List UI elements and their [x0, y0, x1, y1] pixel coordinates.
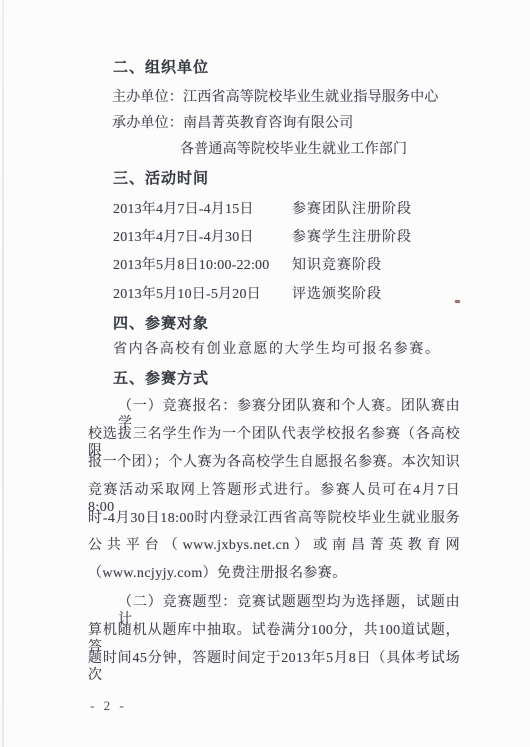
schedule-date: 2013年4月7日-4月15日 — [113, 202, 254, 217]
undertaker-unit-line: 承办单位：南昌菁英教育咨询有限公司 — [112, 115, 512, 132]
schedule-row: 2013年4月7日-4月30日 参赛学生注册阶段 — [113, 229, 530, 246]
page-number: - 2 - — [90, 698, 127, 714]
paragraph-line: 报一个团）；个人赛为各高校学生自愿报名参赛。本次知识 — [88, 454, 460, 471]
ink-speck-artifact — [455, 300, 460, 303]
section-heading-organizers: 二、组织单位 — [113, 59, 485, 76]
scan-edge-artifact — [2, 0, 4, 747]
schedule-stage: 参赛团队注册阶段 — [292, 201, 412, 218]
schedule-row: 2013年5月10日-5月20日 评选颁奖阶段 — [113, 286, 530, 303]
section-heading-participants: 四、参赛对象 — [113, 315, 485, 332]
schedule-date: 2013年5月8日10:00-22:00 — [113, 258, 269, 273]
schedule-stage: 参赛学生注册阶段 — [292, 229, 412, 246]
paragraph-line-url: 公共平台（www.jxbys.net.cn）或南昌菁英教育网 — [88, 537, 460, 554]
schedule-date: 2013年4月7日-4月30日 — [113, 230, 254, 245]
section-heading-method: 五、参赛方式 — [113, 370, 485, 387]
scanned-document-page: 二、组织单位 主办单位：江西省高等院校毕业生就业指导服务中心 承办单位：南昌菁英… — [0, 0, 530, 747]
host-unit-line: 主办单位：江西省高等院校毕业生就业指导服务中心 — [112, 89, 512, 106]
schedule-stage: 知识竞赛阶段 — [292, 257, 382, 274]
paragraph-line-url: （www.ncjyjy.com）免费注册报名参赛。 — [88, 565, 460, 582]
schedule-row: 2013年5月8日10:00-22:00 知识竞赛阶段 — [113, 257, 530, 274]
paragraph-line: 时-4月30日18:00时内登录江西省高等院校毕业生就业服务 — [88, 510, 460, 527]
co-organizer-line: 各普通高等院校毕业生就业工作部门 — [180, 141, 530, 158]
schedule-row: 2013年4月7日-4月15日 参赛团队注册阶段 — [113, 201, 530, 218]
schedule-stage: 评选颁奖阶段 — [292, 286, 382, 303]
paragraph-line: 题时间45分钟，答题时间定于2013年5月8日（具体考试场次 — [88, 650, 460, 684]
schedule-date: 2013年5月10日-5月20日 — [113, 287, 261, 302]
section-heading-activity-time: 三、活动时间 — [113, 170, 485, 187]
participants-body-line: 省内各高校有创业意愿的大学生均可报名参赛。 — [113, 341, 485, 358]
